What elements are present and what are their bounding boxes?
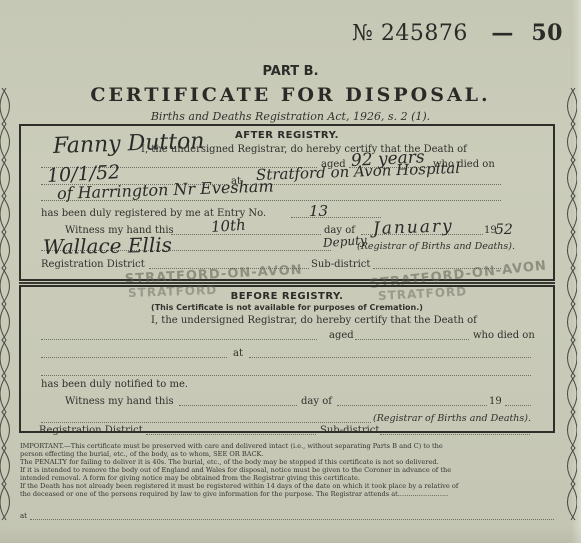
handwritten-place-line1: Stratford on Avon Hospital <box>256 159 461 184</box>
before-place-field <box>249 357 531 358</box>
important-line-4: If it is intended to remove the body out… <box>20 466 554 474</box>
serial-number: 245876 <box>381 21 468 46</box>
before-year-field <box>505 405 531 406</box>
important-line-6: If the Death has not already been regist… <box>20 482 554 490</box>
important-notice: IMPORTANT.—This certificate must be pres… <box>20 442 554 498</box>
before-aged-label: aged <box>329 330 354 341</box>
act-reference: Births and Deaths Registration Act, 1926… <box>0 110 581 123</box>
before-age-field <box>355 339 469 340</box>
before-month-field <box>337 405 487 406</box>
handwritten-entry-number: 13 <box>309 202 328 220</box>
before-district-label: Registration District <box>39 425 143 436</box>
before-registry-heading: BEFORE REGISTRY. <box>21 291 553 302</box>
registrar-attends-at-label: at <box>20 512 27 520</box>
important-line-1: IMPORTANT.—This certificate must be pres… <box>20 442 554 450</box>
after-place-field <box>247 184 501 185</box>
guilloche-border-left <box>0 88 14 533</box>
handwritten-deceased-name: Fanny Dutton <box>53 129 205 159</box>
after-entry-field <box>291 217 381 218</box>
guilloche-border-right <box>563 88 577 533</box>
handwritten-year-suffix: 52 <box>495 222 513 238</box>
handwritten-witness-day: 10th <box>210 216 246 236</box>
handwritten-registrar-signature: Wallace Ellis <box>43 233 172 259</box>
section-divider <box>19 282 555 284</box>
part-label: PART B. <box>0 64 581 79</box>
before-subdistrict-field <box>380 434 530 435</box>
before-witness-day-field <box>179 405 297 406</box>
before-day-of-label: day of <box>301 396 332 407</box>
before-notified-label: has been duly notified to me. <box>41 379 188 390</box>
after-subdistrict-label: Sub-district <box>311 259 370 270</box>
cremation-note: (This Certificate is not available for p… <box>21 303 553 312</box>
before-subdistrict-label: Sub-district <box>320 425 379 436</box>
before-at-label: at <box>233 348 243 359</box>
paper-shadow <box>0 525 581 543</box>
after-district-label: Registration District <box>41 259 145 270</box>
before-district-field <box>146 434 316 435</box>
before-registrar-label: (Registrar of Births and Deaths). <box>373 413 531 424</box>
before-witness-label: Witness my hand this <box>65 396 174 407</box>
before-died-on-label: who died on <box>473 330 535 341</box>
after-registry-section: AFTER REGISTRY. I, the undersigned Regis… <box>19 124 555 281</box>
document-title: CERTIFICATE FOR DISPOSAL. <box>0 84 581 106</box>
before-name-field <box>41 339 317 340</box>
before-place-field-2 <box>41 375 531 376</box>
registrar-attends-field <box>30 519 554 520</box>
certificate-serial-number: № 245876 — 50 <box>352 20 563 46</box>
before-year-prefix: 19 <box>489 396 502 407</box>
after-registrar-label: (Registrar of Births and Deaths). <box>357 241 515 252</box>
important-line-7: the deceased or one of the persons requi… <box>20 490 554 498</box>
important-line-2: person effecting the burial, etc., of th… <box>20 450 554 458</box>
important-line-5: intended removal. A form for giving noti… <box>20 474 554 482</box>
copy-number: 50 <box>531 20 563 46</box>
serial-dash: — <box>491 20 514 46</box>
handwritten-witness-month: January <box>373 216 454 239</box>
before-registry-section: BEFORE REGISTRY. (This Certificate is no… <box>19 285 555 433</box>
before-date-field <box>41 357 227 358</box>
number-sign: № <box>352 21 373 46</box>
after-witness-day-field <box>171 234 321 235</box>
before-registrar-signature-field <box>41 422 371 423</box>
important-line-3: The PENALTY for failing to deliver it is… <box>20 458 554 466</box>
before-intro-text: I, the undersigned Registrar, do hereby … <box>151 315 477 326</box>
